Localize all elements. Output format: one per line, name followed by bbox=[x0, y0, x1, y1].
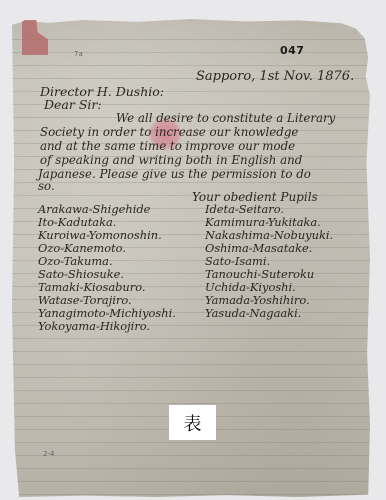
pencil-mark-top: 7a bbox=[74, 50, 83, 58]
letter-date: Sapporo, 1st Nov. 1876. bbox=[196, 70, 354, 83]
body-line: of speaking and writing both in English … bbox=[40, 155, 302, 167]
body-line: so. bbox=[38, 181, 55, 193]
body-line: Japanese. Please give us the permission … bbox=[38, 169, 311, 181]
letter-salutation: Dear Sir: bbox=[44, 99, 102, 112]
body-line: We all desire to constitute a Literary bbox=[116, 113, 335, 125]
signatories-left-column: Arakawa-Shigehide Ito-Kadutaka. Kuroiwa-… bbox=[38, 203, 176, 333]
body-line: and at the same time to improve our mode bbox=[40, 141, 295, 153]
signatories-right-column: Ideta-Seitaro. Kamimura-Yukitaka. Nakash… bbox=[205, 203, 333, 320]
pencil-mark-bottom: 2-4 bbox=[43, 450, 54, 458]
body-line: Society in order to increase our knowled… bbox=[40, 127, 298, 139]
archive-number: 047 bbox=[280, 44, 304, 57]
front-side-label: 表 bbox=[169, 405, 216, 440]
signatory-name: Yasuda-Nagaaki. bbox=[205, 307, 333, 320]
signatory-name: Yokoyama-Hikojiro. bbox=[38, 320, 176, 333]
